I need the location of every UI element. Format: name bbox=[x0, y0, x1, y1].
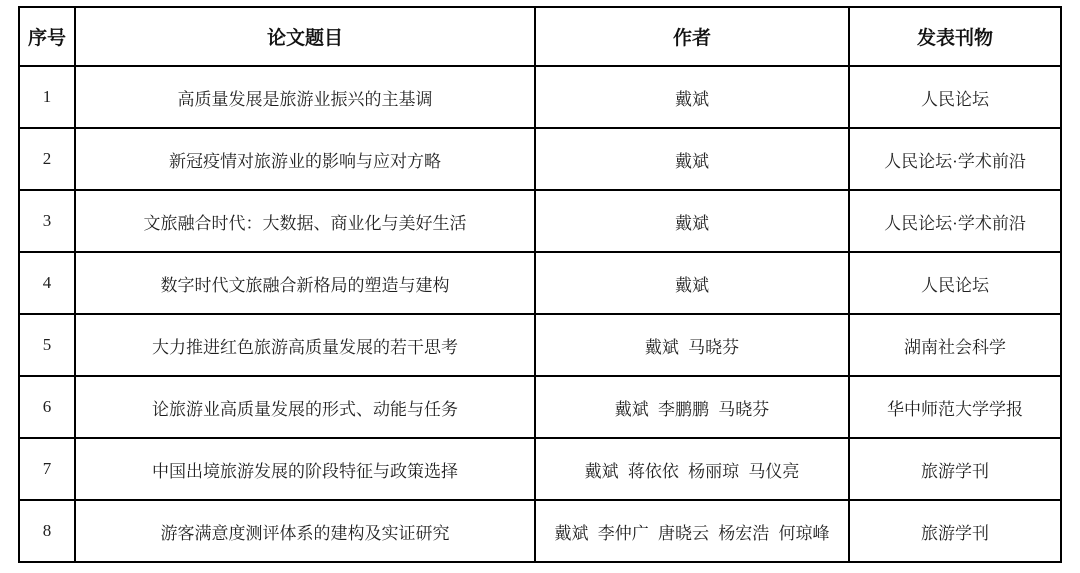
cell-authors: 戴斌 蒋依依 杨丽琼 马仪亮 bbox=[535, 438, 849, 500]
cell-title: 大力推进红色旅游高质量发展的若干思考 bbox=[75, 314, 535, 376]
cell-title: 游客满意度测评体系的建构及实证研究 bbox=[75, 500, 535, 562]
cell-index: 8 bbox=[19, 500, 75, 562]
cell-journal: 人民论坛 bbox=[849, 66, 1061, 128]
table-row: 4 数字时代文旅融合新格局的塑造与建构 戴斌 人民论坛 bbox=[19, 252, 1061, 314]
table-row: 5 大力推进红色旅游高质量发展的若干思考 戴斌 马晓芬 湖南社会科学 bbox=[19, 314, 1061, 376]
header-row: 序号 论文题目 作者 发表刊物 bbox=[19, 7, 1061, 66]
document-page: 序号 论文题目 作者 发表刊物 1 高质量发展是旅游业振兴的主基调 戴斌 人民论… bbox=[0, 0, 1080, 573]
cell-journal: 人民论坛·学术前沿 bbox=[849, 128, 1061, 190]
cell-index: 2 bbox=[19, 128, 75, 190]
cell-index: 5 bbox=[19, 314, 75, 376]
cell-authors: 戴斌 bbox=[535, 252, 849, 314]
cell-index: 4 bbox=[19, 252, 75, 314]
cell-journal: 人民论坛 bbox=[849, 252, 1061, 314]
cell-index: 3 bbox=[19, 190, 75, 252]
table-row: 2 新冠疫情对旅游业的影响与应对方略 戴斌 人民论坛·学术前沿 bbox=[19, 128, 1061, 190]
cell-title: 文旅融合时代：大数据、商业化与美好生活 bbox=[75, 190, 535, 252]
col-header-title: 论文题目 bbox=[75, 7, 535, 66]
cell-authors: 戴斌 bbox=[535, 66, 849, 128]
cell-journal: 华中师范大学学报 bbox=[849, 376, 1061, 438]
col-header-journal: 发表刊物 bbox=[849, 7, 1061, 66]
table-row: 7 中国出境旅游发展的阶段特征与政策选择 戴斌 蒋依依 杨丽琼 马仪亮 旅游学刊 bbox=[19, 438, 1061, 500]
cell-journal: 旅游学刊 bbox=[849, 438, 1061, 500]
publications-table: 序号 论文题目 作者 发表刊物 1 高质量发展是旅游业振兴的主基调 戴斌 人民论… bbox=[18, 6, 1062, 563]
cell-title: 数字时代文旅融合新格局的塑造与建构 bbox=[75, 252, 535, 314]
table-row: 8 游客满意度测评体系的建构及实证研究 戴斌 李仲广 唐晓云 杨宏浩 何琼峰 旅… bbox=[19, 500, 1061, 562]
table-row: 3 文旅融合时代：大数据、商业化与美好生活 戴斌 人民论坛·学术前沿 bbox=[19, 190, 1061, 252]
cell-title: 中国出境旅游发展的阶段特征与政策选择 bbox=[75, 438, 535, 500]
cell-authors: 戴斌 bbox=[535, 190, 849, 252]
cell-title: 高质量发展是旅游业振兴的主基调 bbox=[75, 66, 535, 128]
cell-index: 6 bbox=[19, 376, 75, 438]
col-header-authors: 作者 bbox=[535, 7, 849, 66]
cell-authors: 戴斌 bbox=[535, 128, 849, 190]
cell-journal: 人民论坛·学术前沿 bbox=[849, 190, 1061, 252]
cell-authors: 戴斌 李鹏鹏 马晓芬 bbox=[535, 376, 849, 438]
cell-authors: 戴斌 马晓芬 bbox=[535, 314, 849, 376]
cell-index: 1 bbox=[19, 66, 75, 128]
col-header-index: 序号 bbox=[19, 7, 75, 66]
cell-title: 论旅游业高质量发展的形式、动能与任务 bbox=[75, 376, 535, 438]
cell-authors: 戴斌 李仲广 唐晓云 杨宏浩 何琼峰 bbox=[535, 500, 849, 562]
table-row: 6 论旅游业高质量发展的形式、动能与任务 戴斌 李鹏鹏 马晓芬 华中师范大学学报 bbox=[19, 376, 1061, 438]
cell-title: 新冠疫情对旅游业的影响与应对方略 bbox=[75, 128, 535, 190]
cell-index: 7 bbox=[19, 438, 75, 500]
table-row: 1 高质量发展是旅游业振兴的主基调 戴斌 人民论坛 bbox=[19, 66, 1061, 128]
cell-journal: 旅游学刊 bbox=[849, 500, 1061, 562]
cell-journal: 湖南社会科学 bbox=[849, 314, 1061, 376]
